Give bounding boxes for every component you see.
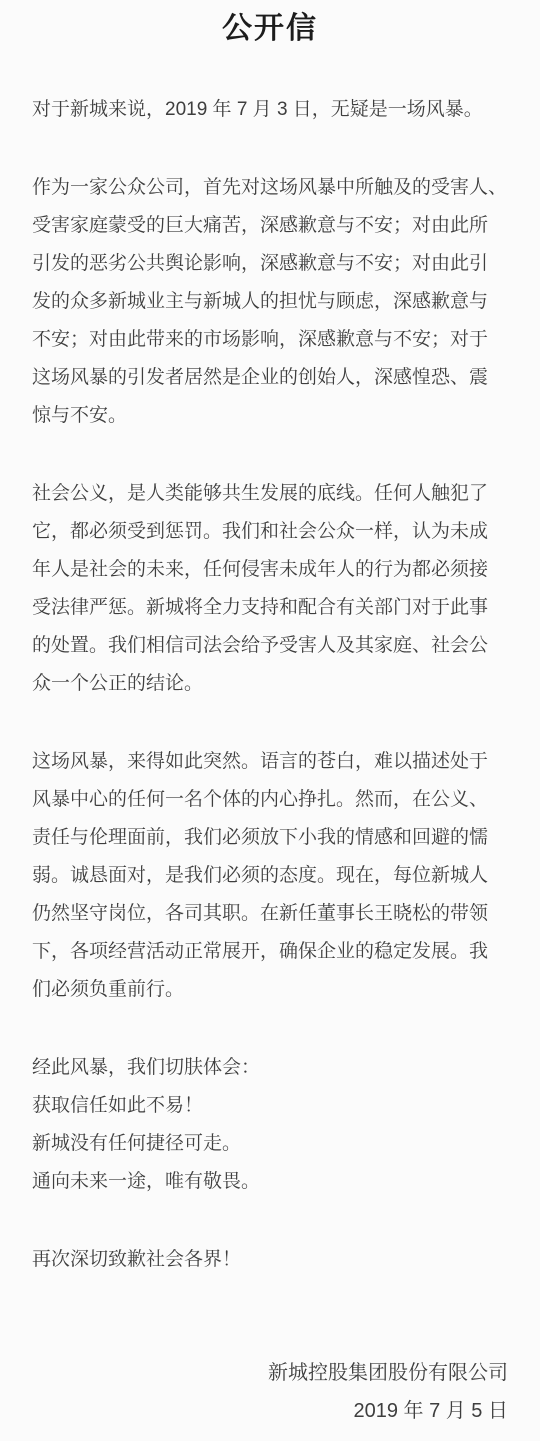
letter-line: 新城没有任何捷径可走。 [32, 1125, 508, 1163]
signature-company: 新城控股集团股份有限公司 [32, 1354, 508, 1392]
letter-title: 公开信 [32, 6, 508, 51]
letter-line: 发的众多新城业主与新城人的担忧与顾虑，深感歉意与 [32, 283, 508, 321]
letter-line: 对于新城来说，2019 年 7 月 3 日，无疑是一场风暴。 [32, 91, 508, 129]
letter-line: 们必须负重前行。 [32, 971, 508, 1009]
letter-body: 对于新城来说，2019 年 7 月 3 日，无疑是一场风暴。作为一家公众公司，首… [32, 91, 508, 1279]
letter-line: 这场风暴，来得如此突然。语言的苍白，难以描述处于 [32, 743, 508, 781]
letter-line: 风暴中心的任何一名个体的内心挣扎。然而，在公义、 [32, 781, 508, 819]
letter-line: 作为一家公众公司，首先对这场风暴中所触及的受害人、 [32, 169, 508, 207]
letter-line: 社会公义，是人类能够共生发展的底线。任何人触犯了 [32, 475, 508, 513]
letter-line: 这场风暴的引发者居然是企业的创始人，深感惶恐、震 [32, 359, 508, 397]
letter-line: 经此风暴，我们切肤体会： [32, 1049, 508, 1087]
signature-date: 2019 年 7 月 5 日 [32, 1392, 508, 1430]
letter-line: 的处置。我们相信司法会给予受害人及其家庭、社会公 [32, 627, 508, 665]
letter-line: 获取信任如此不易！ [32, 1087, 508, 1125]
letter-paragraph: 再次深切致歉社会各界！ [32, 1241, 508, 1279]
letter-line: 它，都必须受到惩罚。我们和社会公众一样，认为未成 [32, 513, 508, 551]
signature-block: 新城控股集团股份有限公司 2019 年 7 月 5 日 [32, 1354, 508, 1430]
letter-line: 责任与伦理面前，我们必须放下小我的情感和回避的懦 [32, 819, 508, 857]
letter-line: 通向未来一途，唯有敬畏。 [32, 1163, 508, 1201]
letter-paragraph: 对于新城来说，2019 年 7 月 3 日，无疑是一场风暴。 [32, 91, 508, 129]
letter-line: 下，各项经营活动正常展开，确保企业的稳定发展。我 [32, 933, 508, 971]
letter-line: 仍然坚守岗位，各司其职。在新任董事长王晓松的带领 [32, 895, 508, 933]
letter-line: 受害家庭蒙受的巨大痛苦，深感歉意与不安；对由此所 [32, 207, 508, 245]
letter-line: 引发的恶劣公共舆论影响，深感歉意与不安；对由此引 [32, 245, 508, 283]
letter-paragraph: 这场风暴，来得如此突然。语言的苍白，难以描述处于风暴中心的任何一名个体的内心挣扎… [32, 743, 508, 1009]
letter-line: 惊与不安。 [32, 397, 508, 435]
letter-line: 弱。诚恳面对，是我们必须的态度。现在，每位新城人 [32, 857, 508, 895]
letter-paragraph: 经此风暴，我们切肤体会：获取信任如此不易！新城没有任何捷径可走。通向未来一途，唯… [32, 1049, 508, 1201]
letter-line: 不安；对由此带来的市场影响，深感歉意与不安；对于 [32, 321, 508, 359]
letter-line: 再次深切致歉社会各界！ [32, 1241, 508, 1279]
letter-line: 受法律严惩。新城将全力支持和配合有关部门对于此事 [32, 589, 508, 627]
open-letter-page: 公开信 对于新城来说，2019 年 7 月 3 日，无疑是一场风暴。作为一家公众… [0, 0, 540, 1441]
letter-line: 众一个公正的结论。 [32, 665, 508, 703]
letter-paragraph: 社会公义，是人类能够共生发展的底线。任何人触犯了它，都必须受到惩罚。我们和社会公… [32, 475, 508, 703]
letter-line: 年人是社会的未来，任何侵害未成年人的行为都必须接 [32, 551, 508, 589]
letter-paragraph: 作为一家公众公司，首先对这场风暴中所触及的受害人、受害家庭蒙受的巨大痛苦，深感歉… [32, 169, 508, 435]
